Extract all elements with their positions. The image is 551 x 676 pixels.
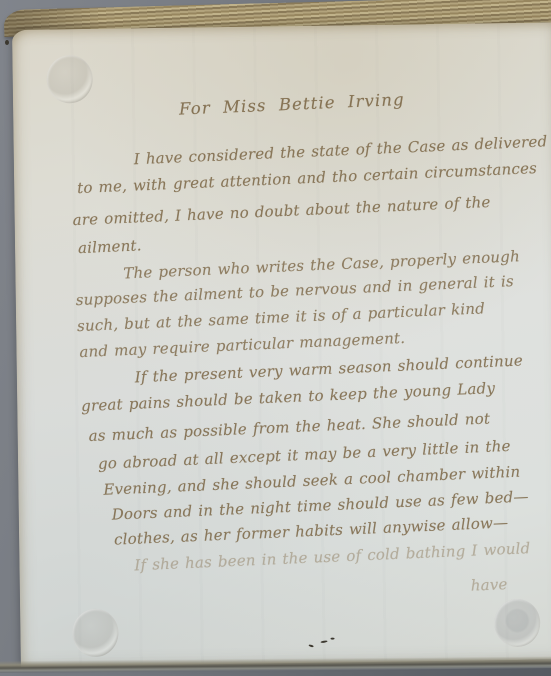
scanned-letter-photo: For Miss Bettie Irving I have considered… <box>0 0 551 676</box>
recipient-heading: For Miss Bettie Irving <box>179 90 405 119</box>
manuscript-line: are omitted, I have no doubt about the n… <box>72 193 491 229</box>
manuscript-line: ailment. <box>78 236 142 257</box>
catchword: have <box>470 575 508 595</box>
edge-speck <box>5 40 9 45</box>
handwritten-text: For Miss Bettie Irving I have considered… <box>12 22 551 666</box>
manuscript-page: For Miss Bettie Irving I have considered… <box>12 22 551 666</box>
manuscript-line: and may require particular management. <box>79 329 405 361</box>
